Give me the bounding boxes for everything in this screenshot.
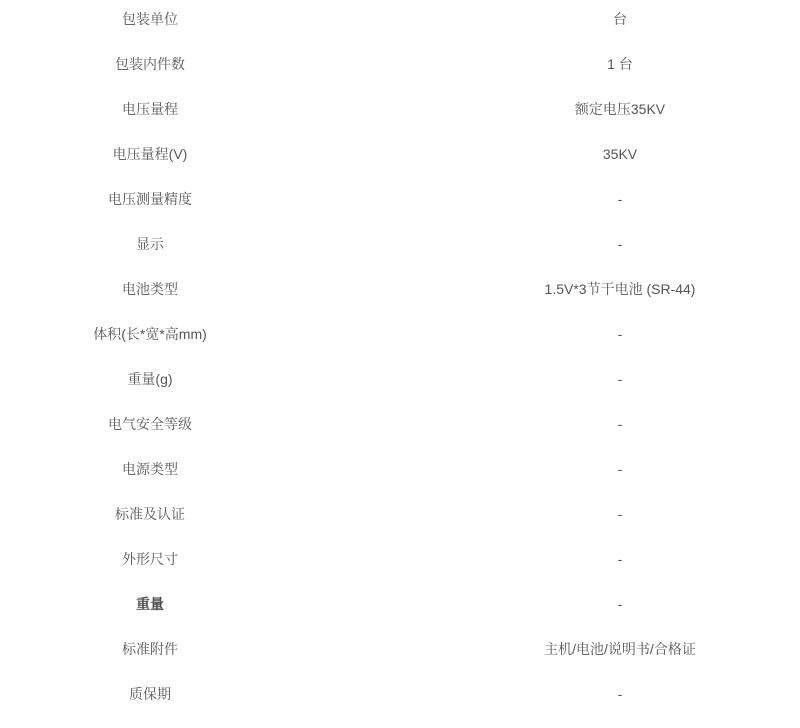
spec-value: 1 台 <box>300 57 800 71</box>
spec-value: 额定电压35KV <box>300 102 800 116</box>
table-row: 电压量程(V) 35KV <box>0 131 800 176</box>
spec-value: - <box>300 327 800 341</box>
spec-label: 电压量程 <box>0 102 300 116</box>
spec-value: 台 <box>300 12 800 26</box>
spec-value: - <box>300 372 800 386</box>
spec-label: 电池类型 <box>0 282 300 296</box>
table-row: 包装内件数 1 台 <box>0 41 800 86</box>
table-row: 电压测量精度 - <box>0 176 800 221</box>
spec-label: 显示 <box>0 237 300 251</box>
spec-label: 包装单位 <box>0 12 300 26</box>
spec-value: - <box>300 192 800 206</box>
spec-label: 标准附件 <box>0 642 300 656</box>
table-row: 电源类型 - <box>0 446 800 491</box>
spec-label: 电源类型 <box>0 462 300 476</box>
spec-label: 体积(长*宽*高mm) <box>0 327 300 341</box>
table-row: 电压量程 额定电压35KV <box>0 86 800 131</box>
spec-label: 重量(g) <box>0 372 300 386</box>
table-row: 外形尺寸 - <box>0 536 800 581</box>
spec-label: 外形尺寸 <box>0 552 300 566</box>
table-row: 重量(g) - <box>0 356 800 401</box>
spec-label: 电压量程(V) <box>0 147 300 161</box>
table-row: 质保期 - <box>0 671 800 716</box>
table-row: 电池类型 1.5V*3节干电池 (SR-44) <box>0 266 800 311</box>
table-row: 标准及认证 - <box>0 491 800 536</box>
spec-label: 标准及认证 <box>0 507 300 521</box>
spec-value: 主机/电池/说明书/合格证 <box>300 642 800 656</box>
table-row: 电气安全等级 - <box>0 401 800 446</box>
spec-value: - <box>300 462 800 476</box>
spec-value: - <box>300 237 800 251</box>
table-row: 体积(长*宽*高mm) - <box>0 311 800 356</box>
spec-value: - <box>300 507 800 521</box>
spec-value: 1.5V*3节干电池 (SR-44) <box>300 282 800 296</box>
table-row: 包装单位 台 <box>0 0 800 41</box>
spec-label: 包装内件数 <box>0 57 300 71</box>
spec-value: - <box>300 417 800 431</box>
table-row: 重量 - <box>0 581 800 626</box>
spec-value: 35KV <box>300 147 800 161</box>
spec-value: - <box>300 552 800 566</box>
spec-label: 电气安全等级 <box>0 417 300 431</box>
spec-label: 质保期 <box>0 687 300 701</box>
spec-table: 包装单位 台 包装内件数 1 台 电压量程 额定电压35KV 电压量程(V) 3… <box>0 0 800 716</box>
spec-label: 重量 <box>0 597 300 611</box>
table-row: 显示 - <box>0 221 800 266</box>
spec-value: - <box>300 597 800 611</box>
spec-value: - <box>300 687 800 701</box>
spec-label: 电压测量精度 <box>0 192 300 206</box>
table-row: 标准附件 主机/电池/说明书/合格证 <box>0 626 800 671</box>
